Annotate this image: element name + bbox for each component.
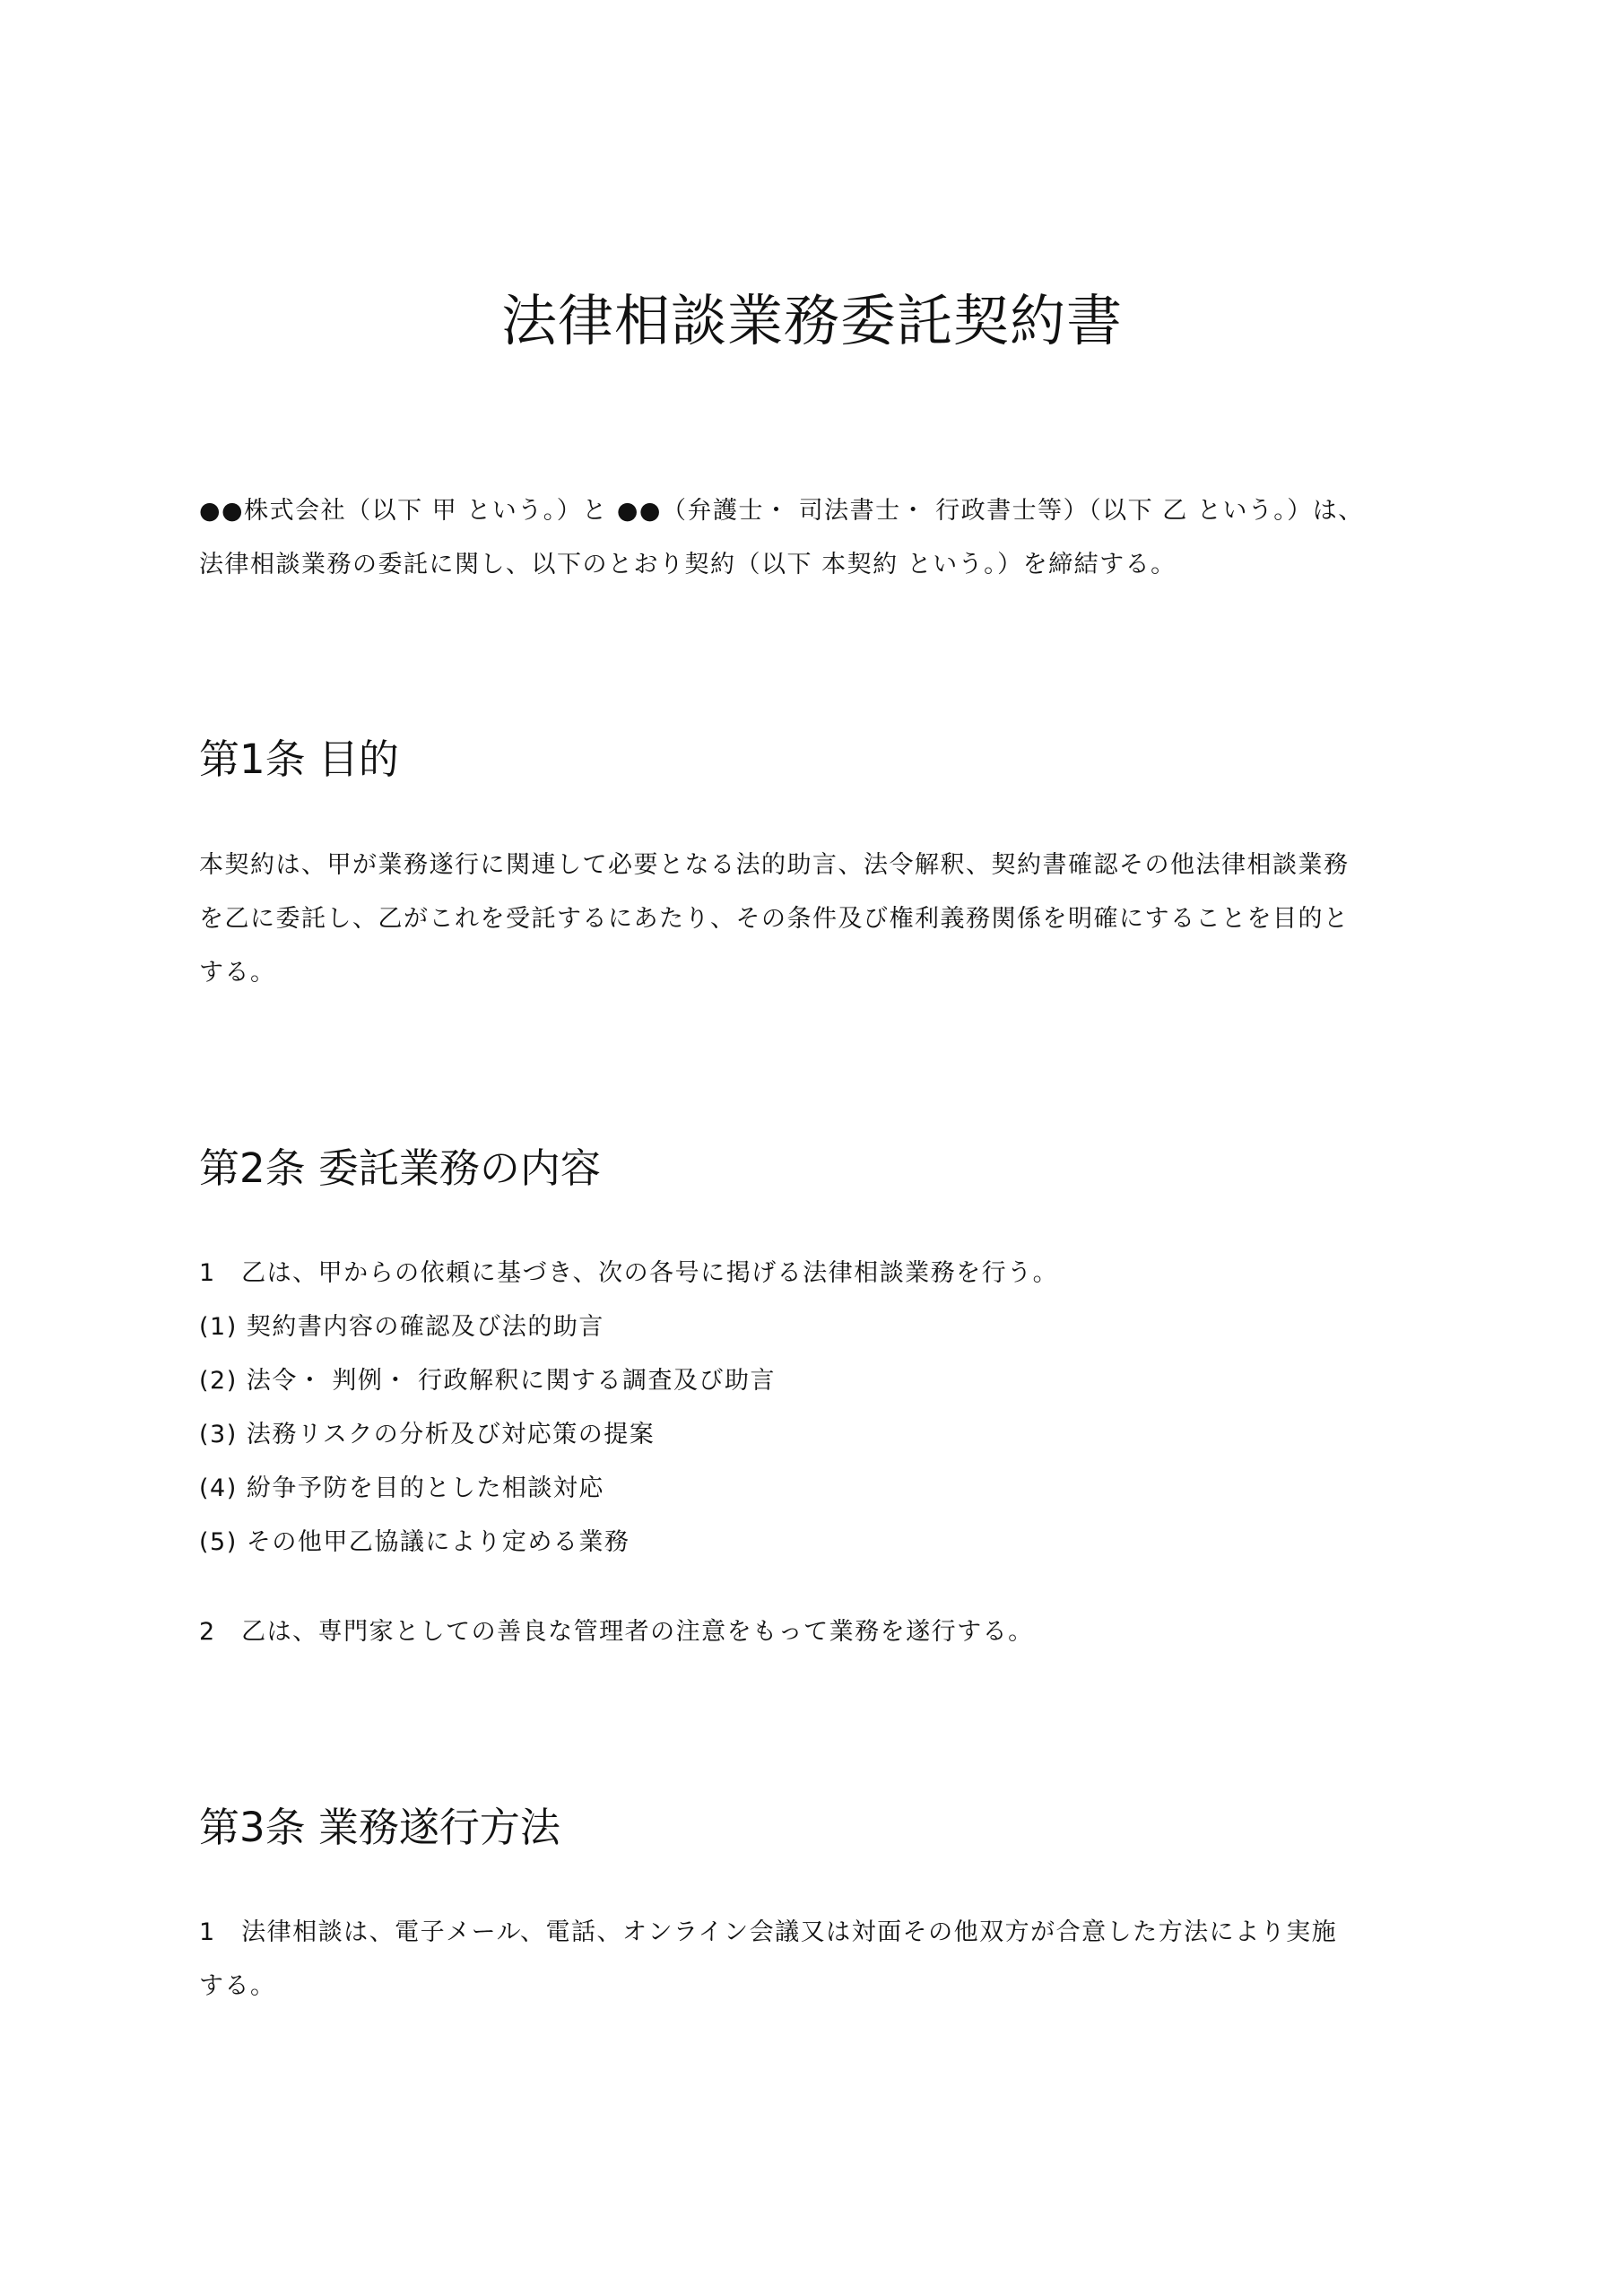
article-2-paragraph-2: 2 乙は、専門家としての善良な管理者の注意をもって業務を遂行する。 (199, 1605, 1419, 1659)
article-3-body: 1 法律相談は、電子メール、電話、オンライン会議又は対面その他双方が合意した方法… (199, 1906, 1419, 2013)
preamble: ●●株式会社（以下 甲 という。）と ●●（弁護士・ 司法書士・ 行政書士等）（… (199, 484, 1419, 592)
article-3-line-1: 1 法律相談は、電子メール、電話、オンライン会議又は対面その他双方が合意した方法… (199, 1906, 1419, 1960)
article-1-body: 本契約は、甲が業務遂行に関連して必要となる法的助言、法令解釈、契約書確認その他法… (199, 839, 1419, 1000)
article-2-item-3: (3) 法務リスクの分析及び対応策の提案 (199, 1408, 1419, 1462)
article-1-heading: 第1条 目的 (199, 728, 1419, 791)
article-2-paragraph-1: 1 乙は、甲からの依頼に基づき、次の各号に掲げる法律相談業務を行う。 (199, 1247, 1419, 1300)
document-page: 法律相談業務委託契約書 ●●株式会社（以下 甲 という。）と ●●（弁護士・ 司… (0, 0, 1624, 2296)
article-1-line-1: 本契約は、甲が業務遂行に関連して必要となる法的助言、法令解釈、契約書確認その他法… (199, 839, 1419, 892)
document-title: 法律相談業務委託契約書 (0, 285, 1624, 357)
article-3-heading: 第3条 業務遂行方法 (199, 1796, 1419, 1859)
article-2-item-1: (1) 契約書内容の確認及び法的助言 (199, 1300, 1419, 1354)
article-2-item-4: (4) 紛争予防を目的とした相談対応 (199, 1462, 1419, 1516)
article-2-item-2: (2) 法令・ 判例・ 行政解釈に関する調査及び助言 (199, 1354, 1419, 1408)
article-2-body: 1 乙は、甲からの依頼に基づき、次の各号に掲げる法律相談業務を行う。 (1) 契… (199, 1247, 1419, 1570)
article-3: 第3条 業務遂行方法 (199, 1796, 1419, 1859)
preamble-line-1: ●●株式会社（以下 甲 という。）と ●●（弁護士・ 司法書士・ 行政書士等）（… (199, 484, 1419, 538)
article-3-line-2: する。 (199, 1960, 1419, 2013)
article-1-line-3: する。 (199, 946, 1419, 1000)
article-2: 第2条 委託業務の内容 (199, 1137, 1419, 1200)
article-2-item-5: (5) その他甲乙協議により定める業務 (199, 1516, 1419, 1570)
article-1-line-2: を乙に委託し、乙がこれを受託するにあたり、その条件及び権利義務関係を明確にするこ… (199, 892, 1419, 946)
article-2-body-2: 2 乙は、専門家としての善良な管理者の注意をもって業務を遂行する。 (199, 1605, 1419, 1659)
preamble-line-2: 法律相談業務の委託に関し、以下のとおり契約（以下 本契約 という。）を締結する。 (199, 538, 1419, 592)
article-1: 第1条 目的 (199, 728, 1419, 791)
article-2-heading: 第2条 委託業務の内容 (199, 1137, 1419, 1200)
